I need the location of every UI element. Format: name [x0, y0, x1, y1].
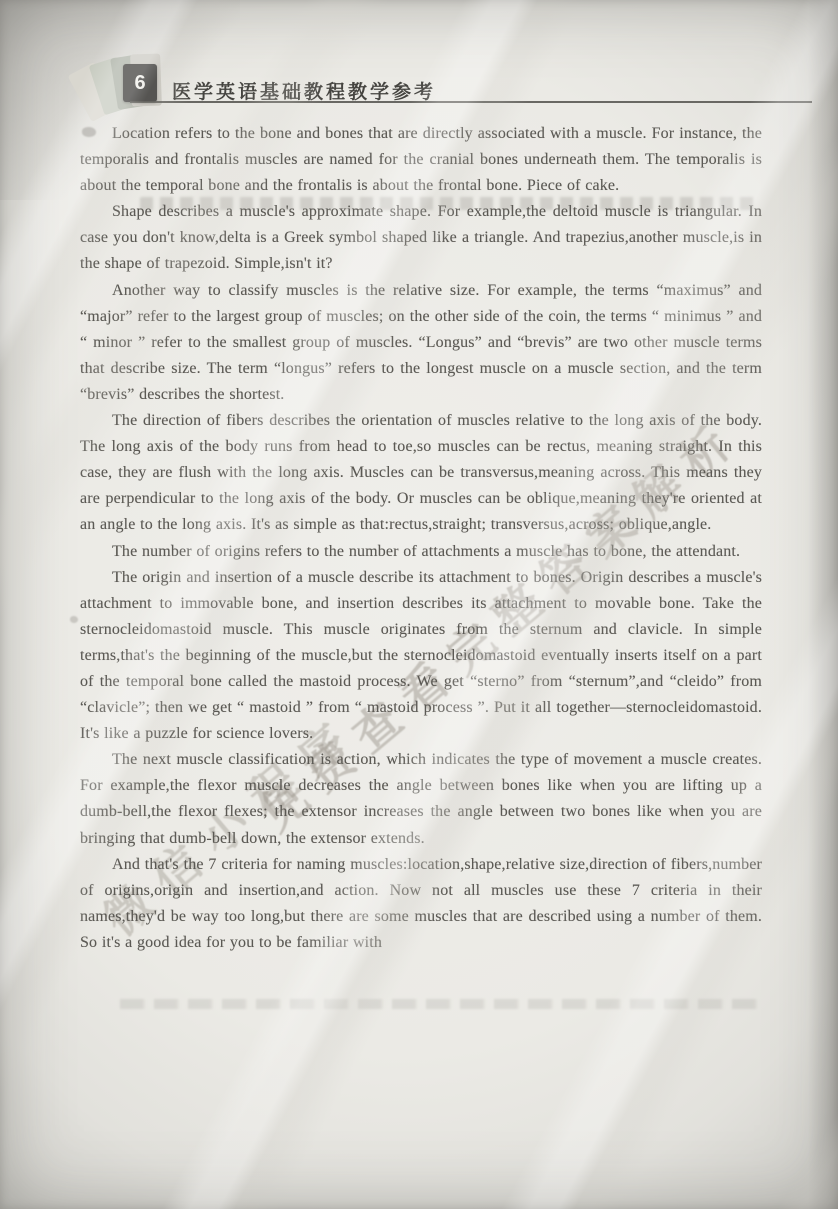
- page-edge-shadow: [808, 0, 838, 1209]
- ink-blotch: [70, 616, 78, 623]
- paragraph-number-of-origins: The number of origins refers to the numb…: [80, 539, 762, 565]
- header-rule: [130, 101, 812, 103]
- paragraph-summary: And that's the 7 criteria for naming mus…: [80, 852, 762, 956]
- page-header: 6 医学英语基础教程教学参考: [0, 0, 838, 120]
- paragraph-origin-insertion: The origin and insertion of a muscle des…: [80, 565, 762, 748]
- book-title: 医学英语基础教程教学参考: [172, 77, 436, 104]
- paragraph-location: Location refers to the bone and bones th…: [80, 121, 762, 199]
- page-number-badge: 6: [123, 64, 157, 102]
- paragraph-direction-of-fibers: The direction of fibers describes the or…: [80, 408, 762, 538]
- paragraph-action: The next muscle classification is action…: [80, 747, 762, 851]
- paragraph-shape: Shape describes a muscle's approximate s…: [80, 199, 762, 277]
- body-text: Location refers to the bone and bones th…: [80, 121, 762, 956]
- bleed-through-line: [120, 999, 760, 1009]
- scanned-book-page: 6 医学英语基础教程教学参考 微信小程序 免费查看完整答案解析 Location…: [0, 0, 838, 1209]
- page-number: 6: [134, 72, 145, 95]
- paragraph-relative-size: Another way to classify muscles is the r…: [80, 278, 762, 408]
